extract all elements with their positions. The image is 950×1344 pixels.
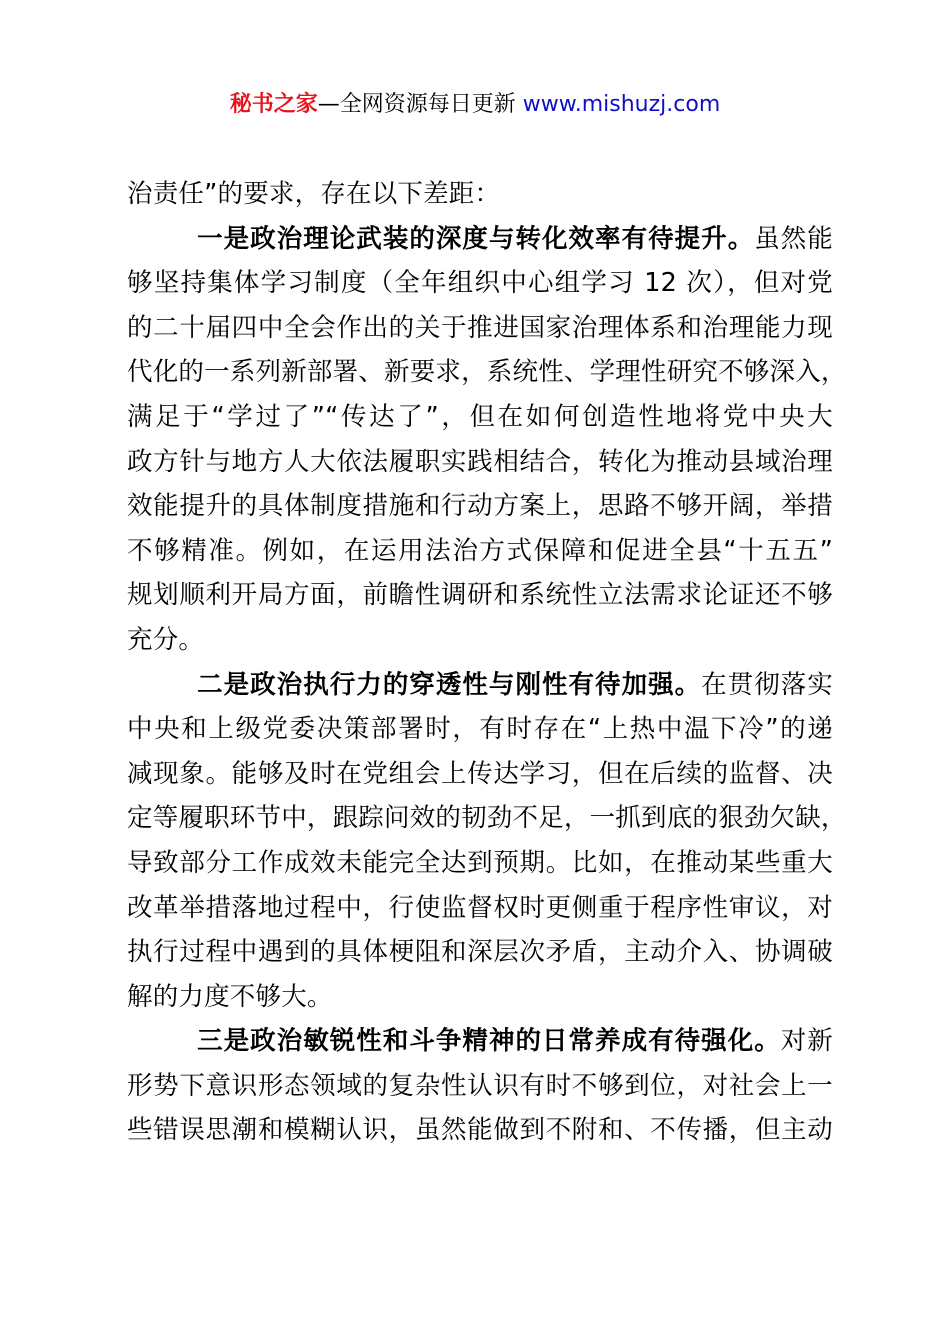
section-3-first-line-text: 对新 — [781, 1026, 833, 1056]
section-2-heading: 二是政治执行力的穿透性与刚性有待加强。 — [197, 670, 701, 700]
site-url-link[interactable]: www.mishuzj.com — [523, 92, 720, 117]
text-line: 够坚持集体学习制度（全年组织中心组学习 12 次），但对党 — [127, 261, 833, 306]
section-3-first-line: 三是政治敏锐性和斗争精神的日常养成有待强化。对新 — [127, 1019, 833, 1064]
page-header: 秘书之家—全网资源每日更新 www.mishuzj.com — [0, 88, 950, 122]
section-2-paragraph: 二是政治执行力的穿透性与刚性有待加强。在贯彻落实 中央和上级党委决策部署时，有时… — [127, 663, 833, 1020]
section-1-first-line-text: 虽然能 — [754, 224, 833, 254]
text-line: 中央和上级党委决策部署时，有时存在“上热中温下冷”的递 — [127, 707, 833, 752]
text-line: 减现象。能够及时在党组会上传达学习，但在后续的监督、决 — [127, 752, 833, 797]
section-2-first-line-text: 在贯彻落实 — [701, 670, 833, 700]
text-line: 的二十届四中全会作出的关于推进国家治理体系和治理能力现 — [127, 306, 833, 351]
brand-name: 秘书之家 — [230, 92, 318, 117]
text-line: 改革举措落地过程中，行使监督权时更侧重于程序性审议，对 — [127, 886, 833, 931]
section-1-paragraph: 一是政治理论武装的深度与转化效率有待提升。虽然能 够坚持集体学习制度（全年组织中… — [127, 217, 833, 663]
section-3-paragraph: 三是政治敏锐性和斗争精神的日常养成有待强化。对新 形势下意识形态领域的复杂性认识… — [127, 1019, 833, 1153]
text-line: 政方针与地方人大依法履职实践相结合，转化为推动县域治理 — [127, 440, 833, 485]
text-line: 些错误思潮和模糊认识，虽然能做到不附和、不传播，但主动 — [127, 1108, 833, 1153]
text-line: 解的力度不够大。 — [127, 975, 833, 1020]
section-1-heading: 一是政治理论武装的深度与转化效率有待提升。 — [197, 224, 754, 254]
text-line: 不够精准。例如，在运用法治方式保障和促进全县“十五五” — [127, 529, 833, 574]
header-tagline: —全网资源每日更新 — [318, 92, 516, 117]
text-line: 形势下意识形态领域的复杂性认识有时不够到位，对社会上一 — [127, 1064, 833, 1109]
section-2-first-line: 二是政治执行力的穿透性与刚性有待加强。在贯彻落实 — [127, 663, 833, 708]
text-line: 定等履职环节中，跟踪问效的韧劲不足，一抓到底的狠劲欠缺， — [127, 796, 833, 841]
text-line: 治责任”的要求，存在以下差距： — [127, 172, 833, 217]
intro-paragraph: 治责任”的要求，存在以下差距： — [127, 172, 833, 217]
text-line: 规划顺利开局方面，前瞻性调研和系统性立法需求论证还不够 — [127, 573, 833, 618]
section-3-heading: 三是政治敏锐性和斗争精神的日常养成有待强化。 — [197, 1026, 781, 1056]
document-body: 治责任”的要求，存在以下差距： 一是政治理论武装的深度与转化效率有待提升。虽然能… — [127, 172, 833, 1153]
text-line: 充分。 — [127, 618, 833, 663]
text-line: 满足于“学过了”“传达了”，但在如何创造性地将党中央大 — [127, 395, 833, 440]
section-1-first-line: 一是政治理论武装的深度与转化效率有待提升。虽然能 — [127, 217, 833, 262]
text-line: 执行过程中遇到的具体梗阻和深层次矛盾，主动介入、协调破 — [127, 930, 833, 975]
text-line: 代化的一系列新部署、新要求，系统性、学理性研究不够深入， — [127, 350, 833, 395]
text-line: 导致部分工作成效未能完全达到预期。比如，在推动某些重大 — [127, 841, 833, 886]
text-line: 效能提升的具体制度措施和行动方案上，思路不够开阔，举措 — [127, 484, 833, 529]
